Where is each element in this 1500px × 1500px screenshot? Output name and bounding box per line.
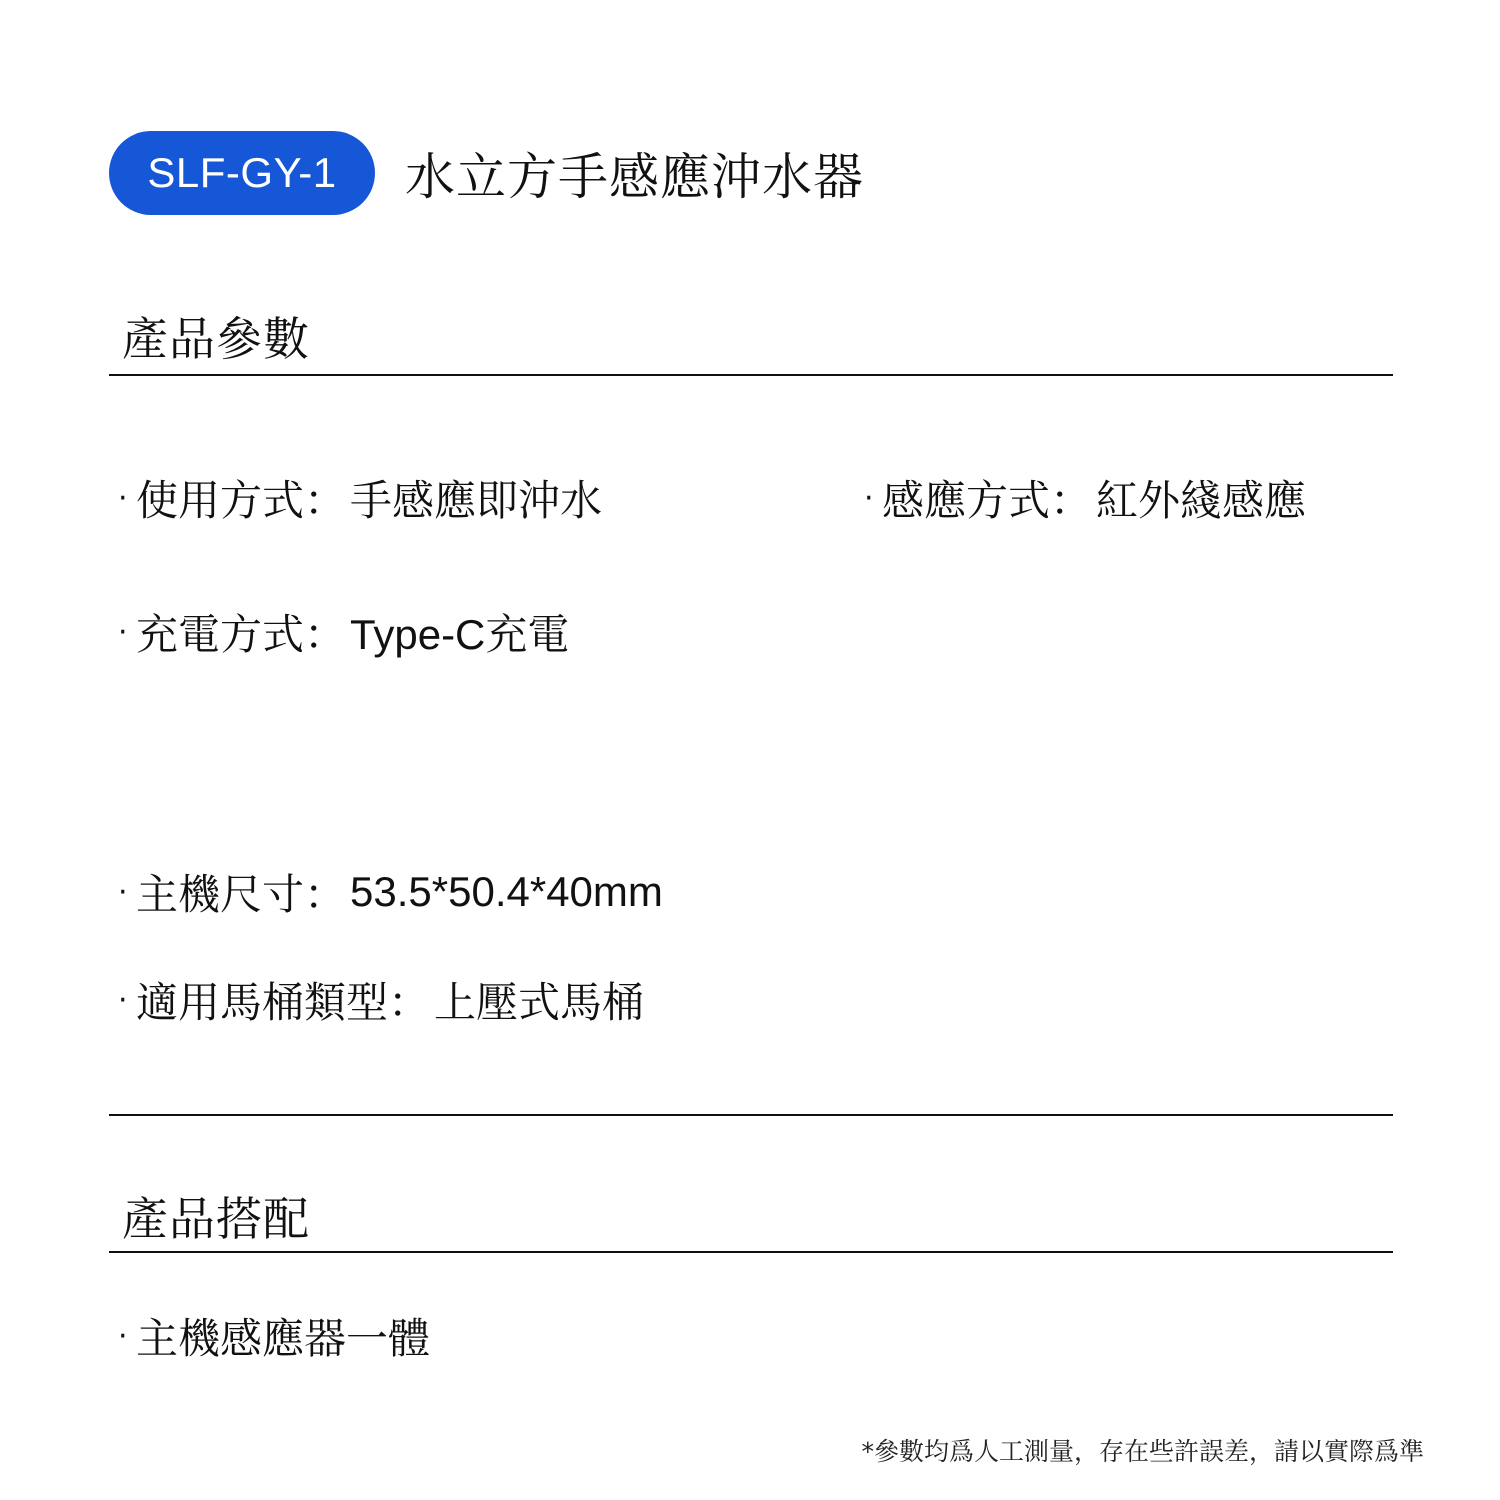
spec-usage-method: · 使用方式： 手感應即沖水 <box>118 468 602 528</box>
spec-label: 主機尺寸： <box>136 862 346 922</box>
divider-package-top <box>109 1251 1393 1253</box>
spec-value: Type-C充電 <box>350 602 569 662</box>
product-title: 水立方手感應沖水器 <box>405 137 864 209</box>
spec-sensing-method: · 感應方式： 紅外綫感應 <box>864 468 1306 528</box>
package-item-text: 主機感應器一體 <box>136 1306 430 1366</box>
divider-params-top <box>109 374 1393 376</box>
bullet-icon: · <box>118 875 136 910</box>
bullet-icon: · <box>118 481 136 516</box>
bullet-icon: · <box>864 481 882 516</box>
spec-label: 使用方式： <box>136 468 346 528</box>
spec-value: 手感應即沖水 <box>350 468 602 528</box>
spec-value: 53.5*50.4*40mm <box>350 868 663 916</box>
model-code-badge: SLF-GY-1 <box>109 131 375 215</box>
section-heading-params: 產品參數 <box>122 303 310 369</box>
spec-value: 上壓式馬桶 <box>434 970 644 1030</box>
product-header: SLF-GY-1 水立方手感應沖水器 <box>109 131 864 215</box>
measurement-disclaimer: *參數均爲人工測量，存在些許誤差，請以實際爲準 <box>861 1432 1424 1468</box>
spec-label: 充電方式： <box>136 602 346 662</box>
spec-toilet-type: · 適用馬桶類型： 上壓式馬桶 <box>118 970 644 1030</box>
spec-label: 感應方式： <box>882 468 1092 528</box>
package-item: · 主機感應器一體 <box>118 1306 430 1366</box>
spec-value: 紅外綫感應 <box>1096 468 1306 528</box>
bullet-icon: · <box>118 615 136 650</box>
bullet-icon: · <box>118 1319 136 1354</box>
spec-charging-method: · 充電方式： Type-C充電 <box>118 602 569 662</box>
bullet-icon: · <box>118 983 136 1018</box>
divider-params-bottom <box>109 1114 1393 1116</box>
section-heading-package: 產品搭配 <box>122 1183 310 1249</box>
spec-label: 適用馬桶類型： <box>136 970 430 1030</box>
spec-unit-size: · 主機尺寸： 53.5*50.4*40mm <box>118 862 663 922</box>
